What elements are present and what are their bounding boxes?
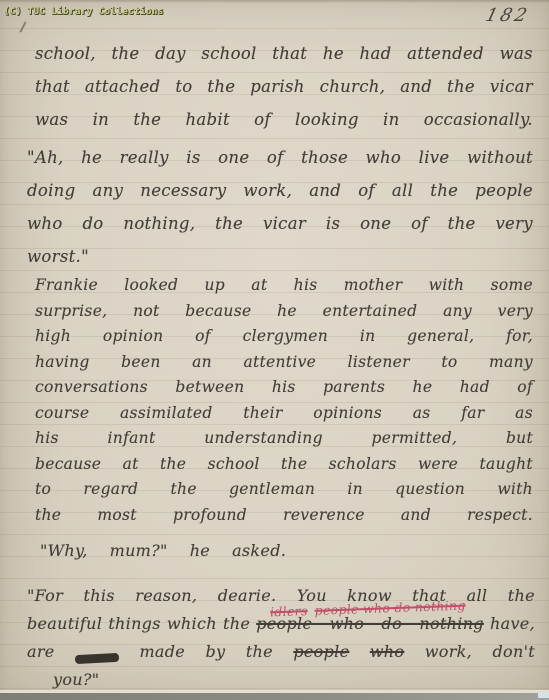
word: of bbox=[195, 327, 211, 345]
word: you?" bbox=[53, 670, 99, 689]
word: he bbox=[190, 541, 210, 560]
word: having bbox=[35, 353, 90, 371]
word: which bbox=[167, 614, 217, 633]
word: general, bbox=[407, 327, 474, 345]
word: the bbox=[171, 480, 197, 498]
word: really bbox=[120, 148, 169, 167]
handwritten-line: toregardthegentlemaninquestionwith bbox=[35, 480, 533, 506]
word: attended bbox=[407, 44, 484, 63]
handwritten-line: school,thedayschoolthathehadattendedwas bbox=[35, 44, 533, 77]
word: to bbox=[175, 77, 192, 96]
word: occasionally. bbox=[424, 110, 533, 129]
word: of bbox=[358, 181, 375, 200]
word: that bbox=[35, 77, 70, 96]
word: his bbox=[272, 378, 296, 396]
word: school bbox=[208, 455, 260, 473]
word: permitted, bbox=[372, 429, 458, 447]
word: profound bbox=[173, 506, 247, 524]
word: worst." bbox=[27, 247, 89, 266]
word: far bbox=[461, 404, 484, 422]
word: not bbox=[133, 302, 159, 320]
word: of bbox=[517, 378, 533, 396]
paragraph: school,thedayschoolthathehadattendedwast… bbox=[35, 44, 533, 143]
word: as bbox=[413, 404, 431, 422]
word: nothing, bbox=[123, 214, 195, 233]
handwritten-line: havingbeenanattentivelistenertomany bbox=[35, 353, 533, 379]
word: because bbox=[185, 302, 251, 320]
word: day bbox=[155, 44, 186, 63]
word: because bbox=[35, 455, 101, 473]
paragraph: "Why,mum?"heasked. bbox=[40, 541, 489, 571]
word: the bbox=[111, 44, 139, 63]
word: opinions bbox=[313, 404, 382, 422]
handwritten-line: conversationsbetweenhisparentshehadof bbox=[35, 378, 533, 404]
word: his bbox=[294, 276, 318, 294]
word: the bbox=[246, 642, 273, 661]
word: gentleman bbox=[229, 480, 315, 498]
word: school, bbox=[35, 44, 96, 63]
word: some bbox=[491, 276, 533, 294]
word: who bbox=[366, 148, 402, 167]
word: are bbox=[27, 642, 55, 661]
word: with bbox=[429, 276, 465, 294]
word: the bbox=[160, 455, 186, 473]
word: the bbox=[508, 586, 535, 605]
word: scholars bbox=[329, 455, 397, 473]
edited-phrase: idlerspeople who do nothingpeople who do… bbox=[256, 614, 484, 633]
word: in bbox=[383, 110, 400, 129]
word: who bbox=[27, 214, 63, 233]
word: and bbox=[401, 506, 431, 524]
word: he bbox=[81, 148, 102, 167]
word: as bbox=[515, 404, 533, 422]
word: high bbox=[35, 327, 71, 345]
word: work, bbox=[425, 642, 472, 661]
word: mum?" bbox=[110, 541, 168, 560]
word: things bbox=[108, 614, 160, 633]
word: conversations bbox=[35, 378, 148, 396]
word: the bbox=[430, 181, 458, 200]
word: of bbox=[411, 214, 428, 233]
paragraph: "Ah,hereallyisoneofthosewholivewithoutdo… bbox=[27, 148, 533, 280]
word: parents bbox=[323, 378, 385, 396]
word: for, bbox=[506, 327, 533, 345]
word: school bbox=[201, 44, 256, 63]
word: parish bbox=[250, 77, 304, 96]
word: have, bbox=[490, 614, 535, 633]
handwritten-line: "Why,mum?"heasked. bbox=[40, 541, 489, 571]
handwritten-line: Frankielookedupathismotherwithsome bbox=[35, 276, 533, 302]
word: by bbox=[206, 642, 226, 661]
handwritten-line: aremadebythepeoplewhowork,don't bbox=[27, 642, 535, 670]
paragraph: "Forthisreason,dearie.Youknowthatalltheb… bbox=[27, 586, 535, 698]
word: live bbox=[419, 148, 450, 167]
word: people bbox=[293, 642, 349, 661]
word: work, bbox=[243, 181, 292, 200]
word: is bbox=[186, 148, 200, 167]
word: beautiful bbox=[27, 614, 102, 633]
word: this bbox=[84, 586, 115, 605]
word: in bbox=[93, 110, 110, 129]
word: any bbox=[93, 181, 124, 200]
word: between bbox=[175, 378, 244, 396]
word: is bbox=[326, 214, 340, 233]
word: who bbox=[370, 642, 405, 661]
word: assimilated bbox=[120, 404, 213, 422]
word: that bbox=[272, 44, 307, 63]
word: their bbox=[243, 404, 282, 422]
handwritten-line: hisinfantunderstandingpermitted,but bbox=[35, 429, 533, 455]
word: looked bbox=[124, 276, 178, 294]
handwritten-line: themostprofoundreverenceandrespect. bbox=[35, 506, 533, 532]
word: in bbox=[347, 480, 363, 498]
handwritten-line: courseassimilatedtheiropinionsasfaras bbox=[35, 404, 533, 430]
handwritten-line: whodonothing,thevicarisoneofthevery bbox=[27, 214, 533, 247]
word: many bbox=[489, 353, 533, 371]
word: he bbox=[323, 44, 344, 63]
handwritten-line: thatattachedtotheparishchurch,andthevica… bbox=[35, 77, 533, 110]
word: regard bbox=[83, 480, 138, 498]
word: to bbox=[35, 480, 51, 498]
word: "Why, bbox=[40, 541, 88, 560]
word: at bbox=[123, 455, 139, 473]
word: very bbox=[495, 214, 533, 233]
word: church, bbox=[320, 77, 386, 96]
word: to bbox=[441, 353, 457, 371]
word: was bbox=[35, 110, 68, 129]
word: attached bbox=[85, 77, 161, 96]
word: he bbox=[277, 302, 297, 320]
word: Frankie bbox=[35, 276, 98, 294]
word: listener bbox=[348, 353, 410, 371]
word: "Ah, bbox=[27, 148, 64, 167]
handwritten-line: wasinthehabitoflookinginoccasionally. bbox=[35, 110, 533, 143]
word: don't bbox=[492, 642, 535, 661]
word: any bbox=[443, 302, 472, 320]
word: reason, bbox=[135, 586, 197, 605]
word: attentive bbox=[243, 353, 316, 371]
word: taught bbox=[480, 455, 533, 473]
word: up bbox=[205, 276, 226, 294]
handwritten-line: you?" bbox=[53, 670, 535, 698]
word: with bbox=[497, 480, 533, 498]
word: necessary bbox=[140, 181, 226, 200]
word: an bbox=[192, 353, 212, 371]
word: made bbox=[139, 642, 185, 661]
ink-blot bbox=[75, 652, 119, 663]
word: of bbox=[254, 110, 271, 129]
word: one bbox=[360, 214, 391, 233]
manuscript-page: (C) TUC Library Collections 182 school,t… bbox=[0, 0, 549, 700]
word: without bbox=[467, 148, 533, 167]
word: the bbox=[447, 77, 475, 96]
word: had bbox=[460, 378, 490, 396]
word: the bbox=[207, 77, 235, 96]
word: the bbox=[281, 455, 307, 473]
word: his bbox=[35, 429, 59, 447]
word: course bbox=[35, 404, 89, 422]
word: question bbox=[395, 480, 465, 498]
word: entertained bbox=[323, 302, 418, 320]
word: all bbox=[392, 181, 413, 200]
word: all bbox=[467, 586, 488, 605]
word: asked. bbox=[232, 541, 286, 560]
word: most bbox=[97, 506, 136, 524]
word: the bbox=[215, 214, 243, 233]
word: clergymen bbox=[243, 327, 328, 345]
paragraph: Frankielookedupathismotherwithsomesurpri… bbox=[35, 276, 533, 531]
word: respect. bbox=[467, 506, 533, 524]
word: he bbox=[413, 378, 433, 396]
word: surprise, bbox=[35, 302, 107, 320]
word: opinion bbox=[103, 327, 164, 345]
word: the bbox=[35, 506, 61, 524]
word: and bbox=[400, 77, 432, 96]
word: dearie. bbox=[218, 586, 277, 605]
word: and bbox=[309, 181, 341, 200]
word: the bbox=[223, 614, 250, 633]
word: mother bbox=[344, 276, 403, 294]
handwritten-line: "Ah,hereallyisoneofthosewholivewithout bbox=[27, 148, 533, 181]
word: in bbox=[360, 327, 376, 345]
word: idlers bbox=[270, 603, 308, 619]
word: those bbox=[301, 148, 348, 167]
word: reverence bbox=[283, 506, 365, 524]
handwritten-line: surprise,notbecauseheentertainedanyvery bbox=[35, 302, 533, 328]
word: doing bbox=[27, 181, 75, 200]
handwritten-line: beautifulthingswhichtheidlerspeople who … bbox=[27, 614, 535, 642]
word: do bbox=[82, 214, 103, 233]
word: was bbox=[500, 44, 533, 63]
word: people bbox=[475, 181, 533, 200]
word: but bbox=[506, 429, 533, 447]
word: one bbox=[218, 148, 249, 167]
word: the bbox=[133, 110, 161, 129]
word: understanding bbox=[204, 429, 323, 447]
word: at bbox=[251, 276, 267, 294]
handwritten-line: doinganynecessarywork,andofallthepeople bbox=[27, 181, 533, 214]
word: very bbox=[498, 302, 533, 320]
word: vicar bbox=[263, 214, 306, 233]
word: looking bbox=[295, 110, 359, 129]
word: been bbox=[121, 353, 160, 371]
handwritten-line: becauseattheschoolthescholarsweretaught bbox=[35, 455, 533, 481]
handwritten-line: highopinionofclergymeningeneral,for, bbox=[35, 327, 533, 353]
word: had bbox=[360, 44, 392, 63]
word: were bbox=[418, 455, 458, 473]
word: habit bbox=[185, 110, 229, 129]
word: "For bbox=[27, 586, 63, 605]
word: infant bbox=[108, 429, 156, 447]
word: vicar bbox=[490, 77, 533, 96]
word: the bbox=[448, 214, 476, 233]
manuscript-body: school,thedayschoolthathehadattendedwast… bbox=[0, 0, 549, 700]
word: of bbox=[267, 148, 284, 167]
